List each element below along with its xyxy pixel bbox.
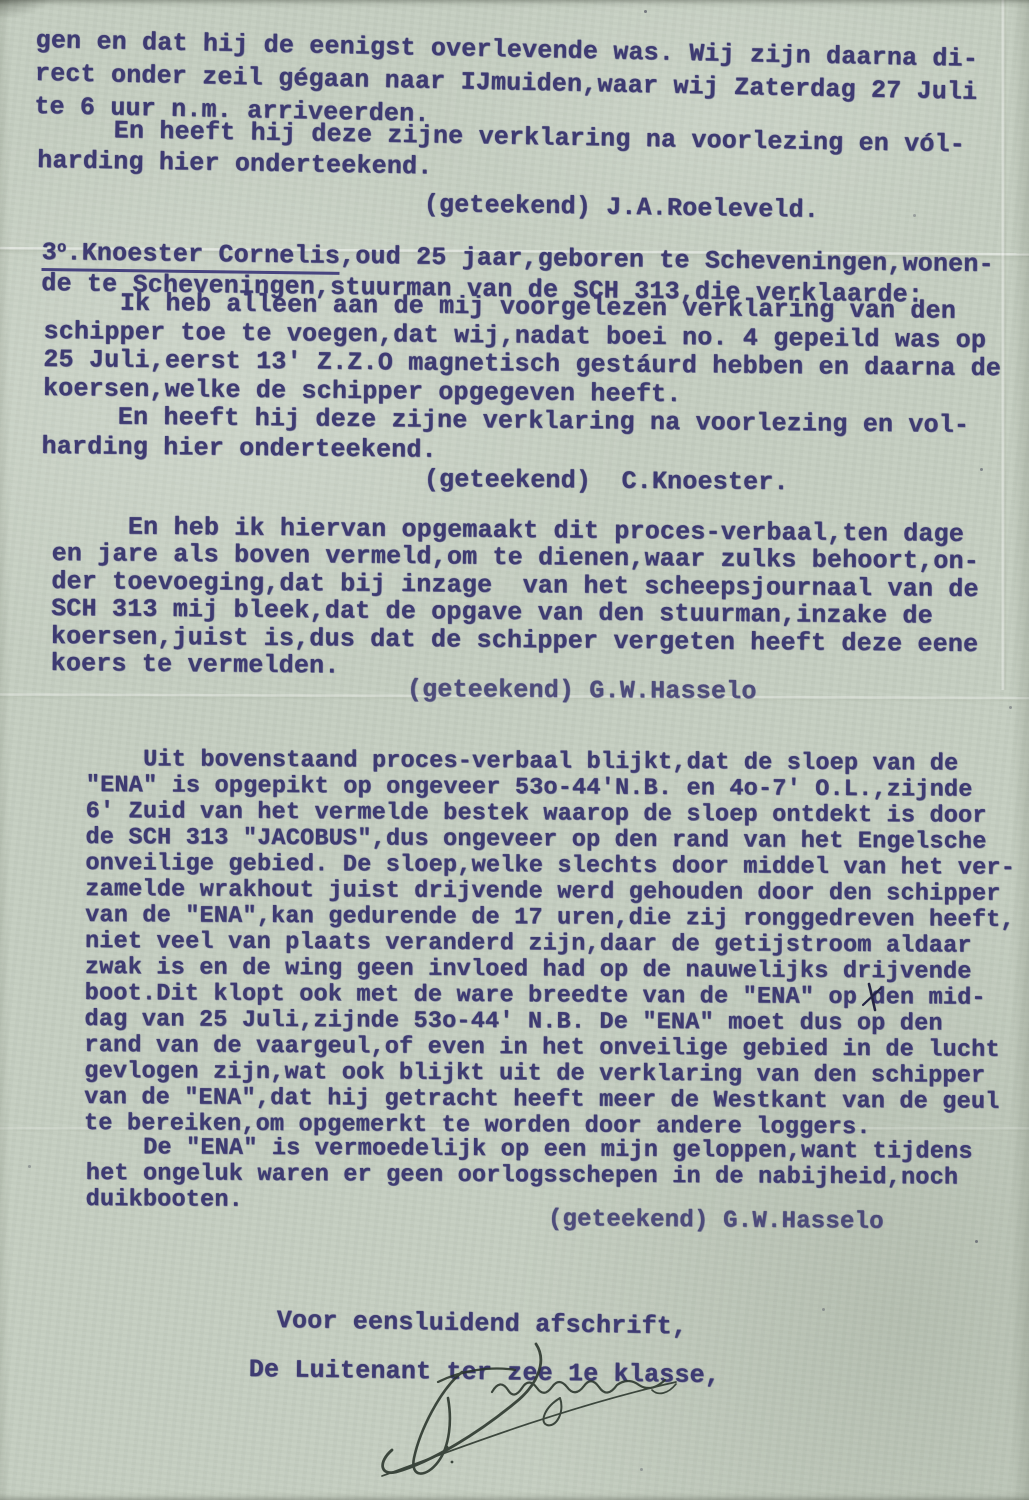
paragraph-mine-conclusion: De "ENA" is vermoedelijk op een mijn gel…	[86, 1135, 973, 1218]
signature-line-roeleveld: (geteekend) J.A.Roeleveld.	[424, 190, 820, 225]
handwritten-signature	[360, 1330, 760, 1500]
witness-name: .Knoester Cornelis	[66, 238, 340, 271]
paragraph-stuurman-statement: Ik heb alleen aan de mij voorgelezen ver…	[43, 289, 1002, 412]
paragraph-proces-verbaal-closure: En heb ik hiervan opgemaakt dit proces-v…	[51, 513, 980, 686]
handwritten-x-mark-icon	[860, 982, 888, 1014]
paragraph-signing-statement-2: En heeft hij deze zijne verklaring na vo…	[41, 402, 969, 471]
paper-top-edge	[0, 0, 1029, 8]
corner-smudge	[0, 0, 54, 20]
signature-line-hasselo-2: (geteekend) G.W.Hasselo	[548, 1206, 884, 1236]
paper-left-edge	[0, 0, 10, 1500]
paper-right-edge	[1011, 0, 1029, 1500]
witness-number-superscript: o	[57, 238, 67, 256]
paragraph-conclusion-ena: Uit bovenstaand proces-verbaal blijkt,da…	[84, 747, 1016, 1142]
witness-number: 3	[42, 238, 58, 267]
signature-line-knoester: (geteekend) C.Knoester.	[424, 465, 789, 497]
signature-line-hasselo-1: (geteekend) G.W.Hasselo	[407, 675, 757, 706]
dust-specks	[644, 10, 647, 13]
document-page: gen en dat hij de eenigst overlevende wa…	[0, 0, 1029, 1500]
